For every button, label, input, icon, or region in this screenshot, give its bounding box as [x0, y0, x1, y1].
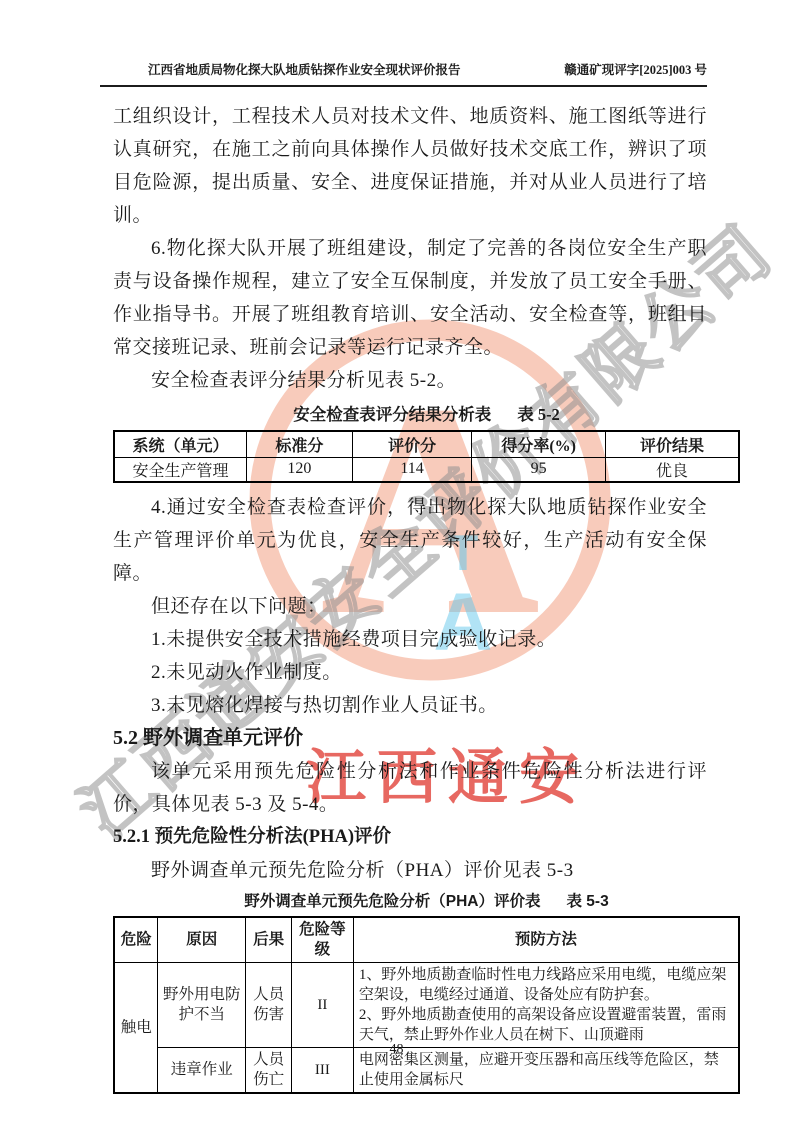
column-header: 标准分 [247, 431, 353, 457]
page-header: 江西省地质局物化探大队地质钻探作业安全现状评价报告 赣通矿现评字[2025]00… [100, 60, 707, 87]
column-header: 危险等级 [292, 917, 354, 963]
table-5-3-title-text: 野外调查单元预先危险分析（PHA）评价表 [244, 893, 540, 910]
table-row: 安全生产管理 120 114 95 优良 [114, 457, 739, 482]
table-5-3-title: 野外调查单元预先危险分析（PHA）评价表表 5-3 [113, 890, 740, 914]
header-doc-number: 赣通矿现评字[2025]003 号 [564, 60, 707, 78]
table-5-3: 危险 原因 后果 危险等级 预防方法 触电 野外用电防护不当 人员伤害 II 1… [113, 916, 740, 1094]
paragraph: 6.物化探大队开展了班组建设，制定了完善的各岗位安全生产职责与设备操作规程，建立… [113, 232, 707, 364]
table-cell: 114 [352, 457, 472, 482]
prevention-item: 2、野外地质勘查使用的高架设备应设置避雷装置，雷雨天气，禁止野外作业人员在树下、… [359, 1005, 733, 1045]
column-header: 评价分 [352, 431, 472, 457]
table-5-3-tag: 表 5-3 [567, 893, 609, 910]
paragraph: 2.未见动火作业制度。 [113, 656, 707, 689]
column-header: 预防方法 [353, 917, 739, 963]
hazard-cell: 触电 [114, 963, 158, 1094]
table-5-2-block: 安全检查表评分结果分析表表 5-2 系统（单元） 标准分 评价分 得分率(%) … [113, 402, 740, 483]
prevention-cell: 1、野外地质勘查临时性电力线路应采用电缆，电缆应架空架设，电缆经过通道、设备处应… [353, 963, 739, 1048]
level-cell: II [292, 963, 354, 1048]
page-number: 48 [0, 1042, 793, 1058]
document-page: A T A 江西通安安全评价有限公司 江西通安 江西省地质局物化探大队地质钻探作… [0, 0, 793, 1122]
paragraph: 野外调查单元预先危险分析（PHA）评价见表 5-3 [113, 854, 707, 887]
table-5-3-block: 野外调查单元预先危险分析（PHA）评价表表 5-3 危险 原因 后果 危险等级 … [113, 890, 740, 1094]
table-5-2-title: 安全检查表评分结果分析表表 5-2 [113, 402, 740, 428]
paragraph: 3.未见熔化焊接与热切割作业人员证书。 [113, 689, 707, 722]
paragraph: 4.通过安全检查表检查评价，得出物化探大队地质钻探作业安全生产管理评价单元为优良… [113, 491, 707, 590]
table-cell: 95 [472, 457, 606, 482]
column-header: 原因 [158, 917, 246, 963]
paragraph: 工组织设计，工程技术人员对技术文件、地质资料、施工图纸等进行认真研究，在施工之前… [113, 100, 707, 232]
consequence-cell: 人员伤害 [246, 963, 292, 1048]
paragraph: 安全检查表评分结果分析见表 5-2。 [113, 364, 707, 397]
table-cell: 120 [247, 457, 353, 482]
column-header: 系统（单元） [114, 431, 247, 457]
table-5-2-title-text: 安全检查表评分结果分析表 [293, 405, 491, 424]
table-5-2: 系统（单元） 标准分 评价分 得分率(%) 评价结果 安全生产管理 120 11… [113, 430, 740, 483]
paragraph: 该单元采用预先危险性分析法和作业条件危险性分析法进行评价，具体见表 5-3 及 … [113, 755, 707, 821]
header-report-title: 江西省地质局物化探大队地质钻探作业安全现状评价报告 [148, 60, 461, 78]
document-body: 工组织设计，工程技术人员对技术文件、地质资料、施工图纸等进行认真研究，在施工之前… [113, 92, 707, 1094]
column-header: 评价结果 [605, 431, 739, 457]
table-header-row: 系统（单元） 标准分 评价分 得分率(%) 评价结果 [114, 431, 739, 457]
column-header: 后果 [246, 917, 292, 963]
column-header: 危险 [114, 917, 158, 963]
paragraph: 1.未提供安全技术措施经费项目完成验收记录。 [113, 623, 707, 656]
paragraph: 但还存在以下问题： [113, 590, 707, 623]
table-cell: 优良 [605, 457, 739, 482]
column-header: 得分率(%) [472, 431, 606, 457]
table-5-2-tag: 表 5-2 [517, 405, 560, 424]
section-heading-5-2: 5.2 野外调查单元评价 [113, 722, 707, 755]
table-row: 触电 野外用电防护不当 人员伤害 II 1、野外地质勘查临时性电力线路应采用电缆… [114, 963, 739, 1048]
section-heading-5-2-1: 5.2.1 预先危险性分析法(PHA)评价 [113, 821, 707, 854]
table-header-row: 危险 原因 后果 危险等级 预防方法 [114, 917, 739, 963]
cause-cell: 野外用电防护不当 [158, 963, 246, 1048]
table-cell: 安全生产管理 [114, 457, 247, 482]
prevention-item: 1、野外地质勘查临时性电力线路应采用电缆，电缆应架空架设，电缆经过通道、设备处应… [359, 965, 733, 1005]
